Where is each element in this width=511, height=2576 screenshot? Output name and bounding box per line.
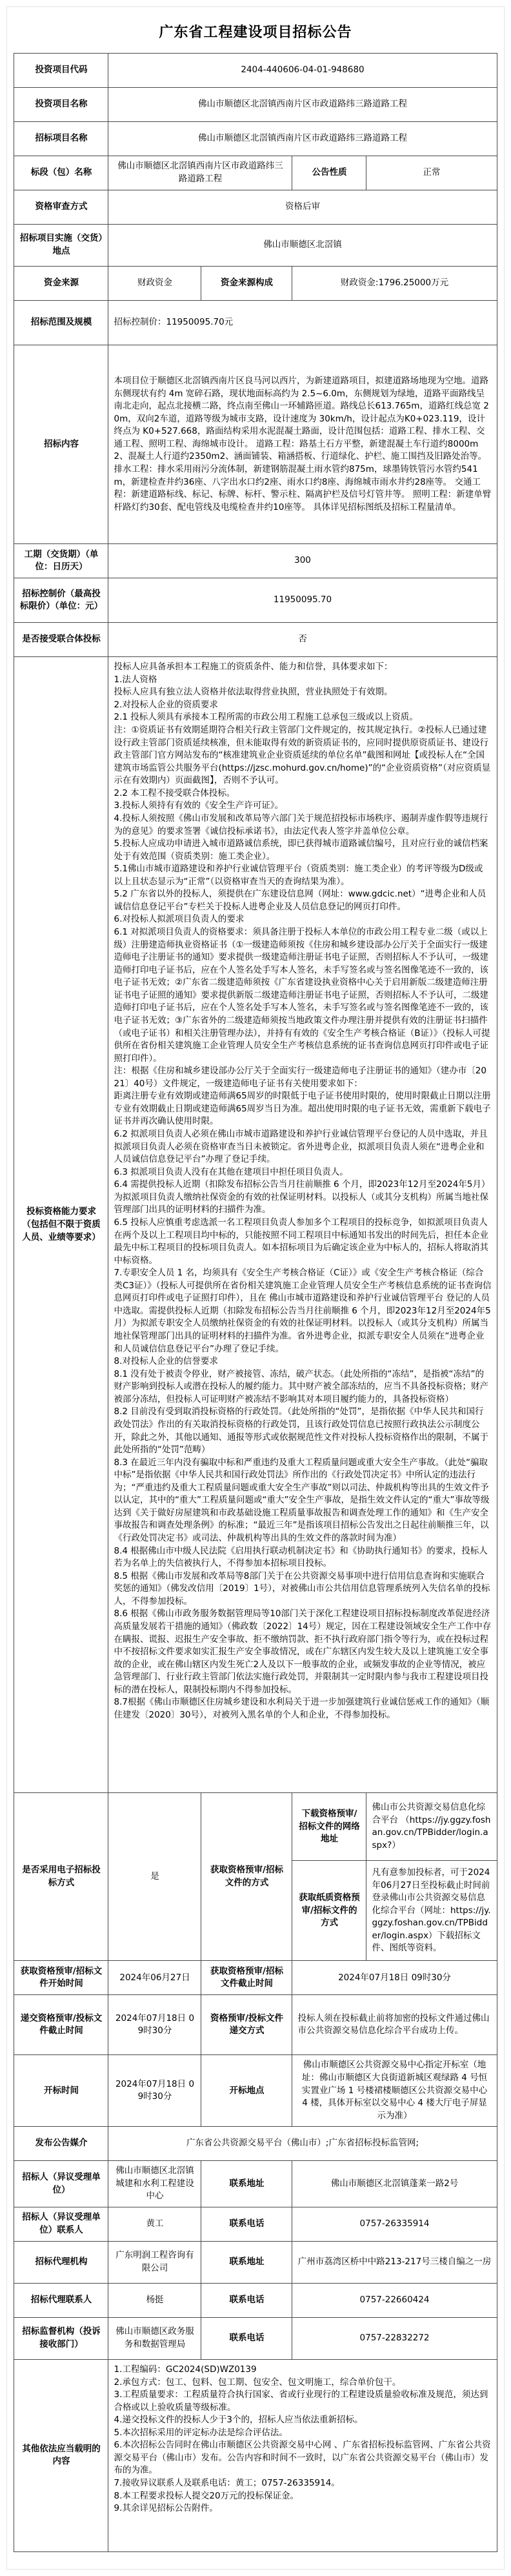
row-agency-contact: 招标代理联系人 杨挺 联系电话 0757-22660424 bbox=[14, 2283, 497, 2317]
field-label-paper-method: 获取纸质资格预审/招标文件的方式 bbox=[292, 1861, 366, 1961]
field-value-project-code: 2404-440606-04-01-948680 bbox=[108, 54, 497, 88]
field-value-notice-nature: 正常 bbox=[366, 156, 497, 190]
field-label-opening-time: 开标时间 bbox=[14, 2055, 108, 2127]
field-value-tender-content: 本项目位于顺德区北滘镇西南片区良马河以西片，为新建道路项目，拟建道路场地现为空地… bbox=[108, 345, 497, 544]
field-value-agency: 广东明润工程咨询有限公司 bbox=[108, 2241, 201, 2283]
field-label-notice-nature: 公告性质 bbox=[292, 156, 366, 190]
field-label-obtain-start: 获取资格预审/招标文件开始时间 bbox=[14, 1961, 108, 1995]
row-scope: 招标范围及规模 招标控制价：11950095.70元 bbox=[14, 301, 497, 345]
field-value-implement-location: 佛山市顺德区北滘镇 bbox=[108, 225, 497, 267]
row-submit-deadline: 递交资格预审/投标文件截止时间 2024年07月18日 09时30分 资格预审/… bbox=[14, 1995, 497, 2055]
field-value-tender-project-name: 佛山市顺德区北滘镇西南片区市政道路纬三路道路工程 bbox=[108, 122, 497, 156]
field-label-scope: 招标范围及规模 bbox=[14, 301, 108, 345]
row-electronic-bidding: 是否采用电子招标投标方式 是 获取资格预审/招标文件的方式 下载资格预审/招标文… bbox=[14, 1793, 497, 1861]
field-value-obtain-deadline: 2024年07月18日 09时30分 bbox=[292, 1961, 497, 1995]
field-label-tender-project-name: 招标项目名称 bbox=[14, 122, 108, 156]
field-value-submit-method: 投标人须在投标截止前将加密的投标文件通过佛山市公共资源交易信息化综合平台成功上传… bbox=[292, 1995, 497, 2055]
row-section: 标段（包）名称 佛山市顺德区北滘镇西南片区市政道路纬三路道路工程 公告性质 正常 bbox=[14, 156, 497, 190]
field-label-qualification-requirements: 投标资格能力要求（包括但不限于资质人员、业绩等要求） bbox=[14, 657, 108, 1793]
field-value-download-address: 佛山市公共资源交易信息化综合平台 （https://jy.ggzy.foshan… bbox=[366, 1793, 497, 1861]
row-tender-project-name: 招标项目名称 佛山市顺德区北滘镇西南片区市政道路纬三路道路工程 bbox=[14, 122, 497, 156]
field-value-qualification-review: 资格后审 bbox=[108, 190, 497, 225]
row-control-price: 招标控制价（最高投标限价）（单位：元） 11950095.70 bbox=[14, 578, 497, 623]
field-value-fund-source: 财政资金 bbox=[108, 267, 201, 301]
field-label-download-address: 下载资格预审/招标文件的网络地址 bbox=[292, 1793, 366, 1861]
field-label-tenderer: 招标人（异议受理单位） bbox=[14, 2161, 108, 2207]
field-label-supervisor-phone: 联系电话 bbox=[201, 2317, 292, 2359]
field-value-electronic-bidding: 是 bbox=[108, 1793, 201, 1961]
field-value-opening-time: 2024年07月18日 09时30分 bbox=[108, 2055, 201, 2127]
field-value-opening-place: 佛山市顺德区公共资源交易中心指定开标室（地址：佛山市顺德区大良街道新城区观绿路 … bbox=[292, 2055, 497, 2127]
field-label-tenderer-contact: 招标人（异议受理单位）联系人 bbox=[14, 2207, 108, 2241]
field-value-agency-phone: 0757-22660424 bbox=[292, 2283, 497, 2317]
field-label-agency-contact: 招标代理联系人 bbox=[14, 2283, 108, 2317]
field-label-fund-composition: 资金来源构成 bbox=[201, 267, 292, 301]
field-value-paper-method: 凡有意参加投标者，可于2024年06月27日至投标截止时间前登录佛山市公共资源交… bbox=[366, 1861, 497, 1961]
field-label-submit-method: 资格预审/投标文件递交方式 bbox=[201, 1995, 292, 2055]
row-project-code: 投资项目代码 2404-440606-04-01-948680 bbox=[14, 54, 497, 88]
row-consortium: 是否接受联合体投标 否 bbox=[14, 623, 497, 657]
field-label-invest-project-name: 投资项目名称 bbox=[14, 88, 108, 122]
row-bid-opening: 开标时间 2024年07月18日 09时30分 开标地点 佛山市顺德区公共资源交… bbox=[14, 2055, 497, 2127]
field-label-project-code: 投资项目代码 bbox=[14, 54, 108, 88]
field-value-agency-address: 广州市荔湾区桥中中路213-217号三楼自编之一房 bbox=[292, 2241, 497, 2283]
announcement-panel: 广东省工程建设项目招标公告 投资项目代码 2404-440606-04-01-9… bbox=[6, 6, 505, 2570]
field-label-consortium: 是否接受联合体投标 bbox=[14, 623, 108, 657]
field-value-consortium: 否 bbox=[108, 623, 497, 657]
field-value-supervisor: 佛山市顺德区政务服务和数据管理局 bbox=[108, 2317, 201, 2359]
row-agency: 招标代理机构 广东明润工程咨询有限公司 联系地址 广州市荔湾区桥中中路213-2… bbox=[14, 2241, 497, 2283]
field-value-agency-contact: 杨挺 bbox=[108, 2283, 201, 2317]
field-label-fund-source: 资金来源 bbox=[14, 267, 108, 301]
row-fund: 资金来源 财政资金 资金来源构成 财政资金:1796.25000万元 bbox=[14, 267, 497, 301]
page-title: 广东省工程建设项目招标公告 bbox=[7, 21, 504, 41]
row-qualification-review: 资格审查方式 资格后审 bbox=[14, 190, 497, 225]
field-label-qualification-review: 资格审查方式 bbox=[14, 190, 108, 225]
field-label-duration: 工期（交货期）（单位：日历天） bbox=[14, 544, 108, 578]
field-label-agency-phone: 联系电话 bbox=[201, 2283, 292, 2317]
field-value-control-price: 11950095.70 bbox=[108, 578, 497, 623]
field-value-qualification-requirements: 投标人应具备承担本工程施工的资质条件、能力和信誉，具体要求如下： 1.法人资格 … bbox=[108, 657, 497, 1793]
field-value-tenderer-phone: 0757-26335914 bbox=[292, 2207, 497, 2241]
field-value-tenderer-address: 佛山市顺德区北滘镇蓬莱一路2号 bbox=[292, 2161, 497, 2207]
row-other-content: 其他依法应当载明的内容 1.工程编码：GC2024(SD)WZ0139 2.承包… bbox=[14, 2359, 497, 2551]
row-qualification-requirements: 投标资格能力要求（包括但不限于资质人员、业绩等要求） 投标人应具备承担本工程施工… bbox=[14, 657, 497, 1793]
field-value-tenderer: 佛山市顺德区北滘镇城建和水利工程建设中心 bbox=[108, 2161, 201, 2207]
field-value-submit-deadline: 2024年07月18日 09时30分 bbox=[108, 1995, 201, 2055]
field-label-other-content: 其他依法应当载明的内容 bbox=[14, 2359, 108, 2551]
field-label-supervisor: 招标监督机构（投诉接收部门） bbox=[14, 2317, 108, 2359]
field-label-implement-location: 招标项目实施（交货）地点 bbox=[14, 225, 108, 267]
row-tenderer-contact: 招标人（异议受理单位）联系人 黄工 联系电话 0757-26335914 bbox=[14, 2207, 497, 2241]
field-label-opening-place: 开标地点 bbox=[201, 2055, 292, 2127]
field-label-obtain-deadline: 获取资格预审/招标文件截止时间 bbox=[201, 1961, 292, 1995]
field-label-section-name: 标段（包）名称 bbox=[14, 156, 108, 190]
field-label-control-price: 招标控制价（最高投标限价）（单位：元） bbox=[14, 578, 108, 623]
row-obtain-time: 获取资格预审/招标文件开始时间 2024年06月27日 获取资格预审/招标文件截… bbox=[14, 1961, 497, 1995]
field-label-tenderer-phone: 联系电话 bbox=[201, 2207, 292, 2241]
field-label-electronic-bidding: 是否采用电子招标投标方式 bbox=[14, 1793, 108, 1961]
field-label-tender-content: 招标内容 bbox=[14, 345, 108, 544]
row-invest-project-name: 投资项目名称 佛山市顺德区北滘镇西南片区市政道路纬三路道路工程 bbox=[14, 88, 497, 122]
field-value-media: 广东省公共资源交易平台（佛山市）;广东省招标投标监管网; bbox=[108, 2127, 497, 2161]
field-value-scope: 招标控制价：11950095.70元 bbox=[108, 301, 497, 345]
field-label-media: 发布公告媒介 bbox=[14, 2127, 108, 2161]
field-value-supervisor-phone: 0757-22832272 bbox=[292, 2317, 497, 2359]
row-supervisor: 招标监督机构（投诉接收部门） 佛山市顺德区政务服务和数据管理局 联系电话 075… bbox=[14, 2317, 497, 2359]
field-value-obtain-start: 2024年06月27日 bbox=[108, 1961, 201, 1995]
field-value-tenderer-contact: 黄工 bbox=[108, 2207, 201, 2241]
field-value-section-name: 佛山市顺德区北滘镇西南片区市政道路纬三路道路工程 bbox=[108, 156, 292, 190]
field-value-fund-composition: 财政资金:1796.25000万元 bbox=[292, 267, 497, 301]
field-value-other-content: 1.工程编码：GC2024(SD)WZ0139 2.承包方式：包工、包料、包工期… bbox=[108, 2359, 497, 2551]
row-implement-location: 招标项目实施（交货）地点 佛山市顺德区北滘镇 bbox=[14, 225, 497, 267]
field-label-tenderer-address: 联系地址 bbox=[201, 2161, 292, 2207]
field-label-obtain-method: 获取资格预审/招标文件的方式 bbox=[201, 1793, 292, 1961]
field-label-agency-address: 联系地址 bbox=[201, 2241, 292, 2283]
field-value-duration: 300 bbox=[108, 544, 497, 578]
row-media: 发布公告媒介 广东省公共资源交易平台（佛山市）;广东省招标投标监管网; bbox=[14, 2127, 497, 2161]
field-label-submit-deadline: 递交资格预审/投标文件截止时间 bbox=[14, 1995, 108, 2055]
field-label-agency: 招标代理机构 bbox=[14, 2241, 108, 2283]
row-tender-content: 招标内容 本项目位于顺德区北滘镇西南片区良马河以西片，为新建道路项目，拟建道路场… bbox=[14, 345, 497, 544]
row-duration: 工期（交货期）（单位：日历天） 300 bbox=[14, 544, 497, 578]
field-value-invest-project-name: 佛山市顺德区北滘镇西南片区市政道路纬三路道路工程 bbox=[108, 88, 497, 122]
announcement-table: 投资项目代码 2404-440606-04-01-948680 投资项目名称 佛… bbox=[14, 53, 497, 2552]
row-tenderer: 招标人（异议受理单位） 佛山市顺德区北滘镇城建和水利工程建设中心 联系地址 佛山… bbox=[14, 2161, 497, 2207]
